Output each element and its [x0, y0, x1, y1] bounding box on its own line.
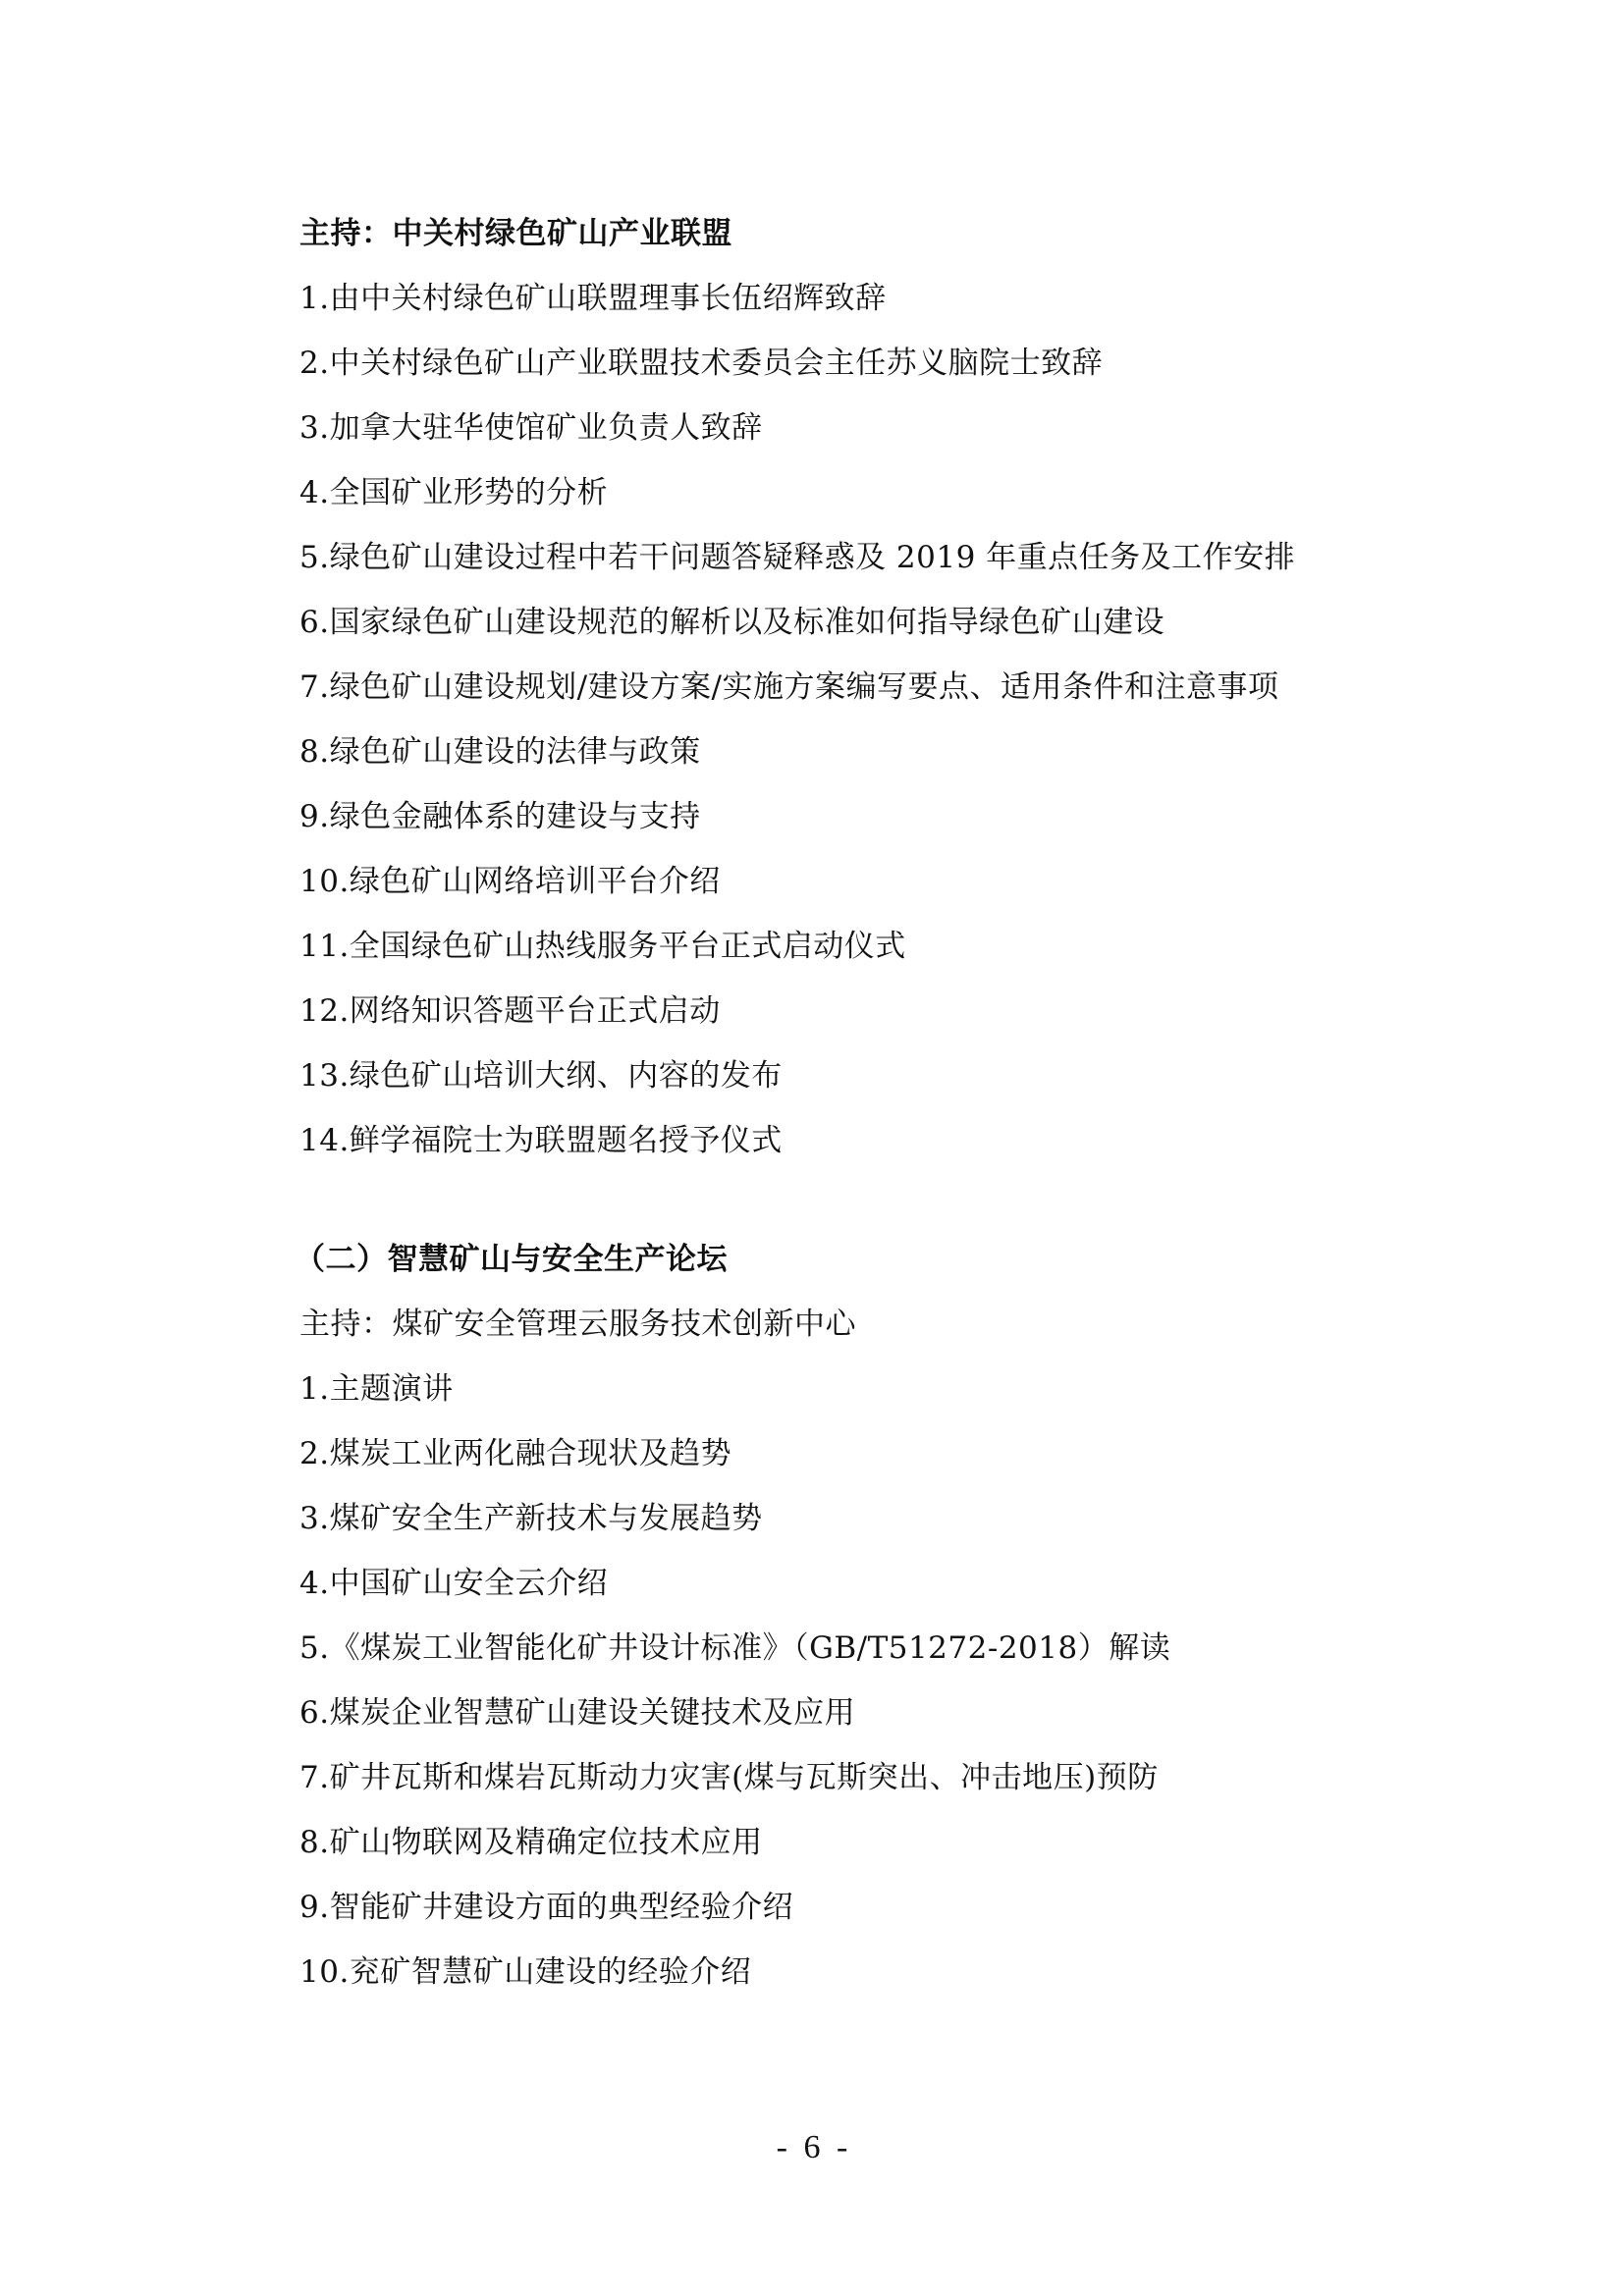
list-item: 4.中国矿山安全云介绍 [299, 1564, 608, 1603]
list-item: 7.矿井瓦斯和煤岩瓦斯动力灾害(煤与瓦斯突出、冲击地压)预防 [299, 1758, 1159, 1797]
list-item: 1.主题演讲 [299, 1369, 454, 1409]
list-item: 5.绿色矿山建设过程中若干问题答疑释惑及 2019 年重点任务及工作安排 [299, 538, 1295, 577]
list-item: 4.全国矿业形势的分析 [299, 473, 608, 512]
list-item: 3.加拿大驻华使馆矿业负责人致辞 [299, 408, 763, 448]
list-item: 3.煤矿安全生产新技术与发展趋势 [299, 1499, 763, 1538]
list-item: 10.绿色矿山网络培训平台介绍 [299, 862, 721, 901]
section2-host: 主持：煤矿安全管理云服务技术创新中心 [299, 1305, 856, 1344]
list-item: 6.煤炭企业智慧矿山建设关键技术及应用 [299, 1693, 855, 1733]
list-item: 1.由中关村绿色矿山联盟理事长伍绍辉致辞 [299, 279, 887, 318]
list-item: 8.矿山物联网及精确定位技术应用 [299, 1823, 763, 1862]
list-item: 5.《煤炭工业智能化矿井设计标准》（GB/T51272-2018）解读 [299, 1629, 1170, 1668]
list-item: 10.兖矿智慧矿山建设的经验介绍 [299, 1952, 751, 1992]
list-item: 9.绿色金融体系的建设与支持 [299, 797, 701, 836]
list-item: 6.国家绿色矿山建设规范的解析以及标准如何指导绿色矿山建设 [299, 603, 1164, 642]
list-item: 12.网络知识答题平台正式启动 [299, 991, 721, 1031]
document-page: 主持：中关村绿色矿山产业联盟 1.由中关村绿色矿山联盟理事长伍绍辉致辞 2.中关… [0, 0, 1624, 2296]
list-item: 2.煤炭工业两化融合现状及趋势 [299, 1434, 731, 1473]
list-item: 2.中关村绿色矿山产业联盟技术委员会主任苏义脑院士致辞 [299, 344, 1103, 383]
section1-host: 主持：中关村绿色矿山产业联盟 [299, 214, 732, 253]
list-item: 9.智能矿井建设方面的典型经验介绍 [299, 1888, 793, 1927]
list-item: 7.绿色矿山建设规划/建设方案/实施方案编写要点、适用条件和注意事项 [299, 667, 1278, 707]
list-item: 11.全国绿色矿山热线服务平台正式启动仪式 [299, 927, 906, 966]
list-item: 14.鲜学福院士为联盟题名授予仪式 [299, 1121, 783, 1160]
list-item: 13.绿色矿山培训大纲、内容的发布 [299, 1056, 783, 1095]
page-number: - 6 - [0, 2128, 1624, 2167]
section2-title: （二）智慧矿山与安全生产论坛 [295, 1240, 728, 1279]
list-item: 8.绿色矿山建设的法律与政策 [299, 732, 701, 772]
